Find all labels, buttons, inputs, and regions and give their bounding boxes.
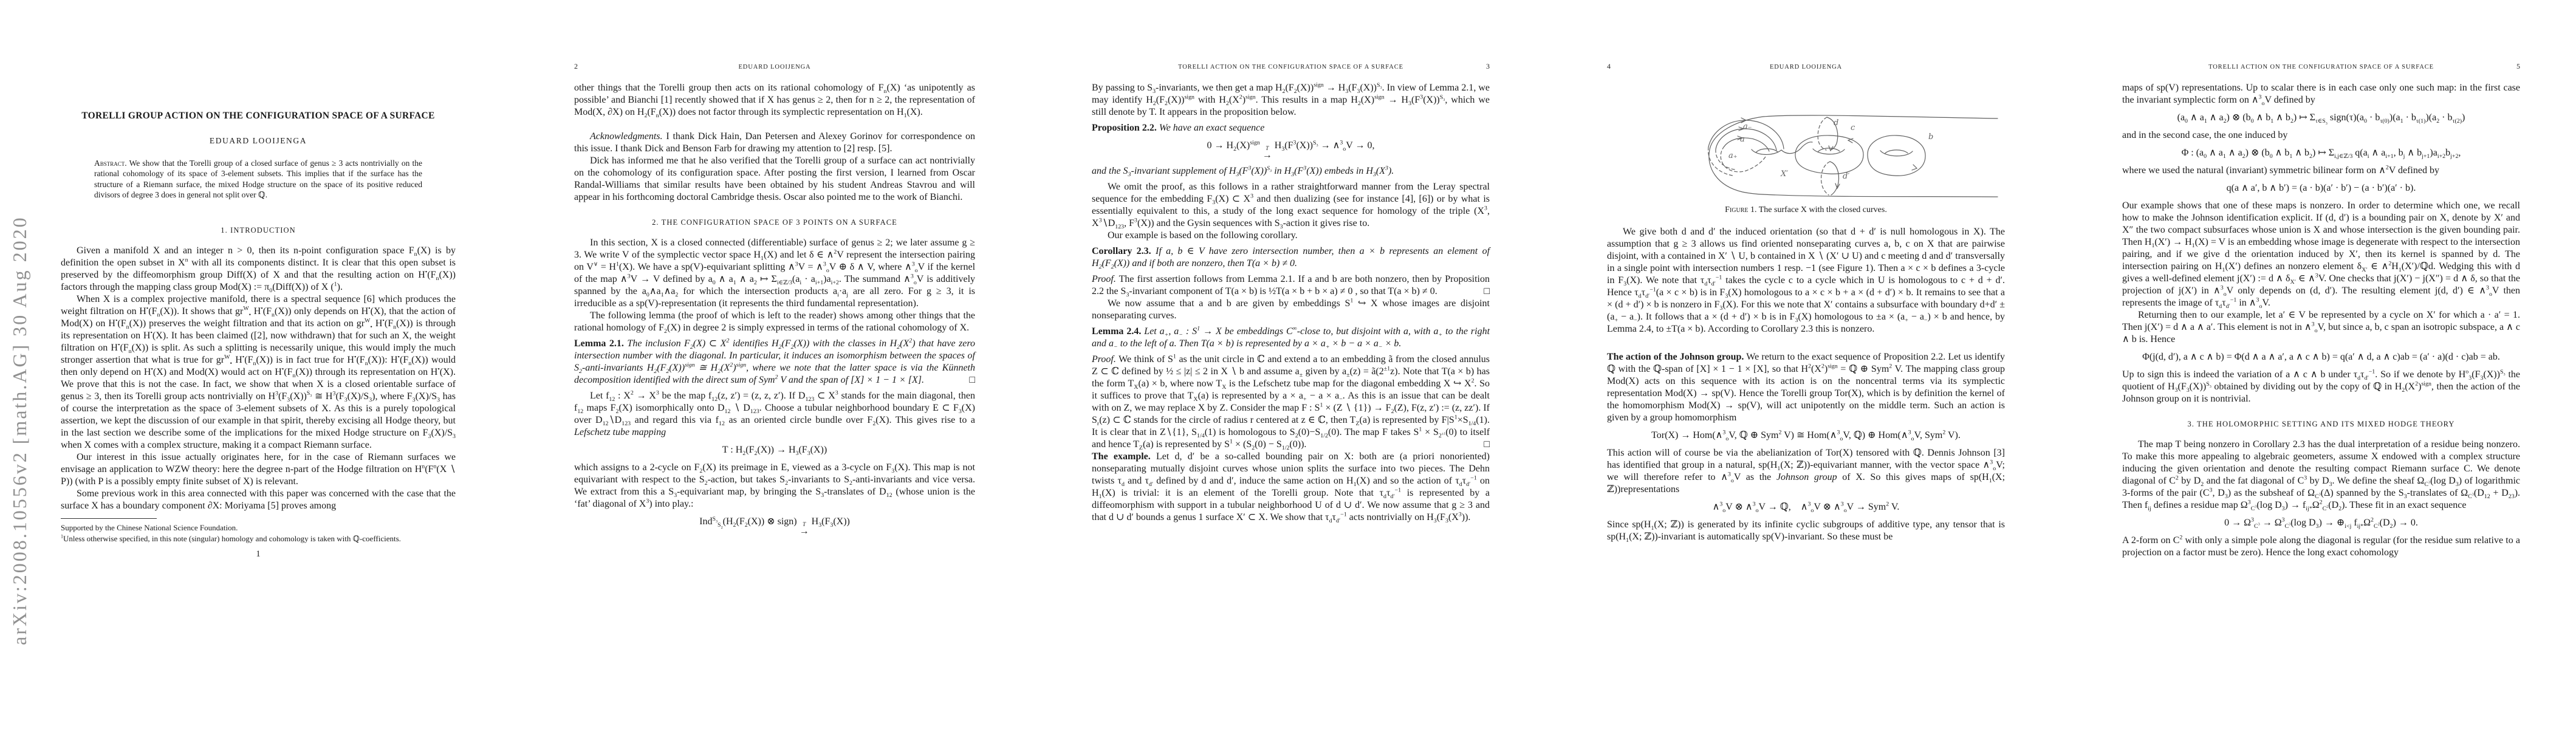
page-5-p-7: Returning then to our example, let a′ ∈ … xyxy=(2122,309,2520,346)
page-5: TORELLI ACTION ON THE CONFIGURATION SPAC… xyxy=(2122,0,2520,729)
page-1-fn-9: Supported by the Chinese National Scienc… xyxy=(61,522,456,533)
running-head: TORELLI ACTION ON THE CONFIGURATION SPAC… xyxy=(2122,62,2520,71)
page-5-section-10: 3. The holomorphic setting and its mixed… xyxy=(2122,420,2520,429)
page-1-p-7: Some previous work in this area connecte… xyxy=(61,488,456,512)
page-4: 4 EDUARD LOOIJENGA xyxy=(1607,0,2005,729)
page-3: TORELLI ACTION ON THE CONFIGURATION SPAC… xyxy=(1092,0,1490,729)
arxiv-watermark: arXiv:2008.10556v2 [math.AG] 30 Aug 2020 xyxy=(9,216,31,645)
page-3-p-4: We omit the proof, as this follows in a … xyxy=(1092,181,1490,230)
running-head: TORELLI ACTION ON THE CONFIGURATION SPAC… xyxy=(1092,62,1490,71)
page-2-p-2: Acknowledgments. I thank Dick Hain, Dan … xyxy=(574,131,975,155)
page-4-content: Figure 1. The surface X with the closed … xyxy=(1607,82,2005,543)
page-3-pnoind-0: By passing to S3-invariants, we then get… xyxy=(1092,82,1490,118)
page-2-p-6: The following lemma (the proof of which … xyxy=(574,310,975,334)
page-5-disp-12: 0 → Ω3C3 → Ω3C3(log D3) → ⊕i<j fij*Ω2C2(… xyxy=(2122,516,2520,530)
page-1-author-1: EDUARD LOOIJENGA xyxy=(61,136,456,146)
page-1-title-0: TORELLI GROUP ACTION ON THE CONFIGURATIO… xyxy=(61,111,456,122)
page-1-p-5: When X is a complex projective manifold,… xyxy=(61,293,456,451)
page-4-sp-0 xyxy=(1607,82,2005,205)
running-head-text: TORELLI ACTION ON THE CONFIGURATION SPAC… xyxy=(1116,64,1465,70)
page-5-disp-3: Φ : (a0 ∧ a1 ∧ a2) ⊗ (b0 ∧ b1 ∧ b2) ↦ Σi… xyxy=(2122,146,2520,160)
page-5-pnoind-13: A 2-form on C2 with only a simple pole a… xyxy=(2122,535,2520,559)
page-2-disp-11: IndS3S2(H2(F2(X)) ⊗ sign) T→ H3(F3(X)) xyxy=(574,515,975,536)
page-5-pnoind-0: maps of sp(V) representations. Up to sca… xyxy=(2122,82,2520,106)
page-4-disp-7: ∧3oV ⊗ ∧3oV → ℚ, ∧3oV ⊗ ∧3oV → Sym2 V. xyxy=(1607,501,2005,514)
page-4-pnoind-8: Since sp(H1(X; ℤ)) is generated by its i… xyxy=(1607,519,2005,543)
page-2-p-5: In this section, X is a closed connected… xyxy=(574,237,975,310)
page-3-content: By passing to S3-invariants, we then get… xyxy=(1092,82,1490,524)
page-5-p-11: The map T being nonzero in Corollary 2.3… xyxy=(2122,439,2520,512)
page-2: 2 EDUARD LOOIJENGA other things that the… xyxy=(574,0,975,729)
page-2-sp-1 xyxy=(574,118,975,131)
page-2-thm-7: Lemma 2.1. The inclusion F2(X) ⊂ X2 iden… xyxy=(574,338,975,386)
page-2-p-3: Dick has informed me that he also verifi… xyxy=(574,155,975,204)
page-1-fnrule-8 xyxy=(61,518,157,519)
page-3-p-5: Our example is based on the following co… xyxy=(1092,230,1490,242)
page-4-sp-3 xyxy=(1607,335,2005,351)
page-1-p-4: Given a manifold X and an integer n > 0,… xyxy=(61,245,456,293)
page-5-pnoind-6: Our example shows that one of these maps… xyxy=(2122,200,2520,309)
page-3-p-8: We now assume that a and b are given by … xyxy=(1092,298,1490,322)
page-2-p-8: Let f12 : X2 → X3 be the map f12(z, z′) … xyxy=(574,390,975,439)
page-1-content: TORELLI GROUP ACTION ON THE CONFIGURATIO… xyxy=(61,111,456,560)
page-4-pnoind-6: This action will of course be via the ab… xyxy=(1607,447,2005,496)
page-2-pnoind-0: other things that the Torelli group then… xyxy=(574,82,975,118)
running-head-text: TORELLI ACTION ON THE CONFIGURATION SPAC… xyxy=(2146,64,2496,70)
page-2-content: other things that the Torelli group then… xyxy=(574,82,975,541)
page-1-fn-10: 1Unless otherwise specified, in this not… xyxy=(61,533,456,544)
page-4-pnoind-4: The action of the Johnson group. We retu… xyxy=(1607,351,2005,424)
page-3-disp-2: 0 → H2(X)sign T→ H3(F3(X))S3 → ∧3oV → 0, xyxy=(1092,139,1490,160)
page-5-pnoind-2: and in the second case, the one induced … xyxy=(2122,129,2520,142)
page-2-pnoind-10: which assigns to a 2-cycle on F2(X) its … xyxy=(574,462,975,510)
running-head: 2 EDUARD LOOIJENGA xyxy=(574,62,975,71)
running-head-text: EDUARD LOOIJENGA xyxy=(1631,64,1981,70)
page-number-right: 5 xyxy=(2496,62,2520,71)
page-5-disp-5: q(a ∧ a′, b ∧ b′) = (a · b)(a′ · b′) − (… xyxy=(2122,182,2520,195)
page-3-pnoind-7: Proof. The first assertion follows from … xyxy=(1092,273,1490,298)
page-1: TORELLI GROUP ACTION ON THE CONFIGURATIO… xyxy=(61,0,456,729)
page-3-thm-3: and the S3-invariant supplement of H3(F3… xyxy=(1092,165,1490,177)
page-4-disp-5: Tor(X) → Hom(∧3oV, ℚ ⊕ Sym2 V) ≅ Hom(∧3o… xyxy=(1607,429,2005,442)
page-4-figcap-1: Figure 1. The surface X with the closed … xyxy=(1607,205,2005,215)
page-number-left: 2 xyxy=(574,62,598,71)
page-3-thm-6: Corollary 2.3. If a, b ∈ V have zero int… xyxy=(1092,245,1490,270)
page-3-pnoind-10: Proof. We think of S1 as the unit circle… xyxy=(1092,354,1490,451)
page-2-section-4: 2. The configuration space of 3 points o… xyxy=(574,218,975,227)
page-3-pnoind-11: The example. Let d, d′ be a so-called bo… xyxy=(1092,451,1490,524)
page-1-section-3: 1. Introduction xyxy=(61,226,456,235)
page-5-content: maps of sp(V) representations. Up to sca… xyxy=(2122,82,2520,559)
page-5-disp-8: Φ(j(d, d′), a ∧ c ∧ b) = Φ(d ∧ a ∧ a′, a… xyxy=(2122,351,2520,364)
page-3-thm-9: Lemma 2.4. Let a+, a− : S1 → X be embedd… xyxy=(1092,326,1490,350)
page-1-p-6: Our interest in this issue actually orig… xyxy=(61,451,456,488)
running-head-text: EDUARD LOOIJENGA xyxy=(598,64,951,70)
page-5-pnoind-4: where we used the natural (invariant) sy… xyxy=(2122,165,2520,177)
document-canvas: TORELLI GROUP ACTION ON THE CONFIGURATIO… xyxy=(0,0,2576,729)
page-4-p-2: We give both d and d′ the induced orient… xyxy=(1607,226,2005,335)
page-1-pagenum-11: 1 xyxy=(61,549,456,560)
page-3-thm-1: Proposition 2.2. We have an exact sequen… xyxy=(1092,122,1490,134)
running-head: 4 EDUARD LOOIJENGA xyxy=(1607,62,2005,71)
page-5-pnoind-9: Up to sign this is indeed the variation … xyxy=(2122,369,2520,405)
page-2-disp-9: T : H2(F2(X)) → H3(F3(X)) xyxy=(574,443,975,457)
page-5-disp-1: (a0 ∧ a1 ∧ a2) ⊗ (b0 ∧ b1 ∧ b2) ↦ Στ∈S3 … xyxy=(2122,111,2520,125)
page-1-abstract-2: Abstract. We show that the Torelli group… xyxy=(94,158,422,200)
page-number-right: 3 xyxy=(1465,62,1490,71)
page-number-left: 4 xyxy=(1607,62,1631,71)
